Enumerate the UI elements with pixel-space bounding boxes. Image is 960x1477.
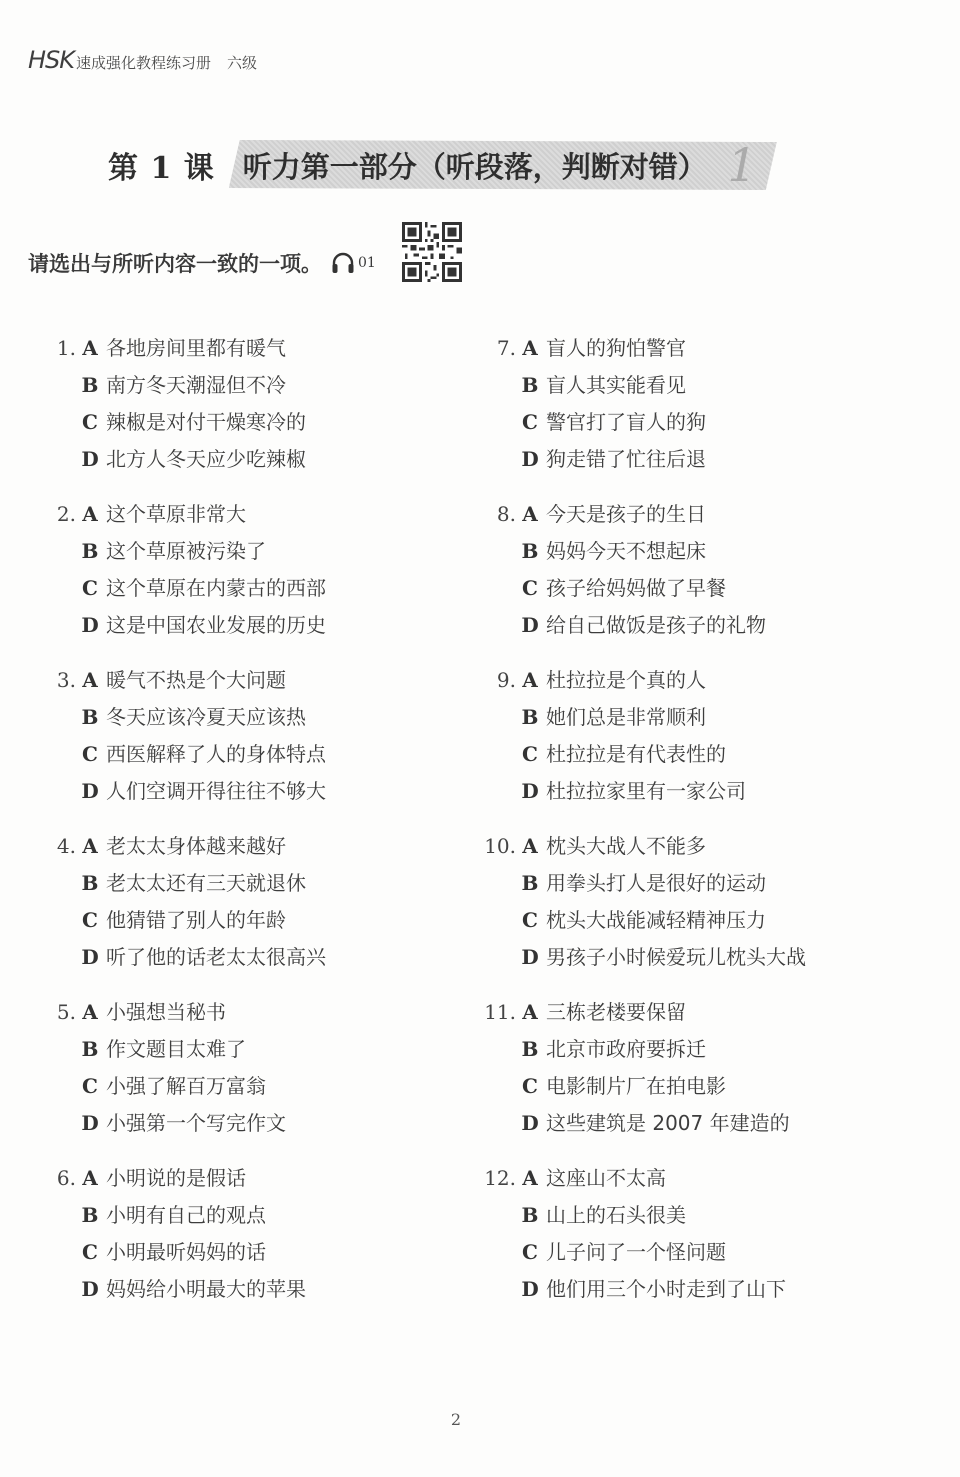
- instruction-row: 请选出与所听内容一致的一项。 01: [28, 222, 462, 282]
- option-letter: A: [76, 828, 104, 865]
- option-text: 他猜错了别人的年龄: [106, 902, 286, 939]
- option-text: 枕头大战人不能多: [546, 828, 706, 865]
- option-letter: D: [76, 939, 104, 976]
- option-text: 他们用三个小时走到了山下: [546, 1271, 786, 1308]
- answer-option[interactable]: C辣椒是对付干燥寒冷的: [40, 404, 326, 441]
- option-text: 孩子给妈妈做了早餐: [546, 570, 726, 607]
- answer-option[interactable]: B山上的石头很美: [470, 1197, 806, 1234]
- answer-option[interactable]: C电影制片厂在拍电影: [470, 1068, 806, 1105]
- answer-option[interactable]: C儿子问了一个怪问题: [470, 1234, 806, 1271]
- option-letter: B: [76, 865, 104, 902]
- answer-option[interactable]: C他猜错了别人的年龄: [40, 902, 326, 939]
- answer-option[interactable]: B妈妈今天不想起床: [470, 533, 806, 570]
- option-text: 山上的石头很美: [546, 1197, 686, 1234]
- option-text: 男孩子小时候爱玩儿枕头大战: [546, 939, 806, 976]
- question-5: 5.A小强想当秘书B作文题目太难了C小强了解百万富翁D小强第一个写完作文: [40, 994, 326, 1142]
- option-text: 妈妈给小明最大的苹果: [106, 1271, 306, 1308]
- option-letter: A: [516, 994, 544, 1031]
- questions-right-column: 7.A盲人的狗怕警官B盲人其实能看见C警官打了盲人的狗D狗走错了忙往后退8.A今…: [470, 330, 806, 1326]
- option-letter: B: [516, 1031, 544, 1068]
- question-number: 11.: [470, 994, 516, 1031]
- option-letter: B: [516, 1197, 544, 1234]
- answer-option[interactable]: B这个草原被污染了: [40, 533, 326, 570]
- option-text: 盲人的狗怕警官: [546, 330, 686, 367]
- option-text: 老太太还有三天就退休: [106, 865, 306, 902]
- option-letter: C: [76, 902, 104, 939]
- option-letter: A: [76, 994, 104, 1031]
- answer-option[interactable]: C孩子给妈妈做了早餐: [470, 570, 806, 607]
- option-letter: D: [516, 441, 544, 478]
- answer-option[interactable]: D妈妈给小明最大的苹果: [40, 1271, 326, 1308]
- option-text: 小明最听妈妈的话: [106, 1234, 266, 1271]
- option-letter: C: [516, 1234, 544, 1271]
- option-text: 这个草原被污染了: [106, 533, 266, 570]
- answer-option[interactable]: B南方冬天潮湿但不冷: [40, 367, 326, 404]
- option-letter: A: [516, 828, 544, 865]
- headphones-icon: [330, 250, 356, 276]
- option-letter: B: [516, 367, 544, 404]
- option-text: 警官打了盲人的狗: [546, 404, 706, 441]
- answer-option[interactable]: C小明最听妈妈的话: [40, 1234, 326, 1271]
- option-letter: C: [516, 736, 544, 773]
- question-number: 1.: [40, 330, 76, 367]
- section-numeral: 1: [728, 138, 757, 192]
- answer-option[interactable]: C这个草原在内蒙古的西部: [40, 570, 326, 607]
- question-number: 3.: [40, 662, 76, 699]
- option-text: 各地房间里都有暖气: [106, 330, 286, 367]
- book-title: 速成强化教程练习册: [76, 52, 211, 73]
- instruction-text: 请选出与所听内容一致的一项。: [28, 248, 322, 278]
- question-7: 7.A盲人的狗怕警官B盲人其实能看见C警官打了盲人的狗D狗走错了忙往后退: [470, 330, 806, 478]
- option-text: 杜拉拉家里有一家公司: [546, 773, 746, 810]
- option-letter: A: [516, 662, 544, 699]
- question-number: 4.: [40, 828, 76, 865]
- question-6: 6.A小明说的是假话B小明有自己的观点C小明最听妈妈的话D妈妈给小明最大的苹果: [40, 1160, 326, 1308]
- option-text: 听了他的话老太太很高兴: [106, 939, 326, 976]
- question-2: 2.A这个草原非常大B这个草原被污染了C这个草原在内蒙古的西部D这是中国农业发展…: [40, 496, 326, 644]
- answer-option[interactable]: D他们用三个小时走到了山下: [470, 1271, 806, 1308]
- question-number: 8.: [470, 496, 516, 533]
- question-number: 2.: [40, 496, 76, 533]
- option-text: 暖气不热是个大问题: [106, 662, 286, 699]
- answer-option[interactable]: B老太太还有三天就退休: [40, 865, 326, 902]
- option-text: 小强了解百万富翁: [106, 1068, 266, 1105]
- lesson-number: 第 1 课: [108, 143, 215, 187]
- question-number: 12.: [470, 1160, 516, 1197]
- option-text: 南方冬天潮湿但不冷: [106, 367, 286, 404]
- answer-option[interactable]: B北京市政府要拆迁: [470, 1031, 806, 1068]
- answer-option[interactable]: 3.A暖气不热是个大问题: [40, 662, 326, 699]
- option-letter: A: [76, 1160, 104, 1197]
- option-text: 她们总是非常顺利: [546, 699, 706, 736]
- option-text: 冬天应该冷夏天应该热: [106, 699, 306, 736]
- option-letter: D: [76, 773, 104, 810]
- option-text: 这是中国农业发展的历史: [106, 607, 326, 644]
- option-text: 这个草原非常大: [106, 496, 246, 533]
- answer-option[interactable]: D听了他的话老太太很高兴: [40, 939, 326, 976]
- question-number: 10.: [470, 828, 516, 865]
- answer-option[interactable]: B小明有自己的观点: [40, 1197, 326, 1234]
- option-text: 这些建筑是 2007 年建造的: [546, 1105, 790, 1142]
- option-letter: A: [516, 496, 544, 533]
- option-text: 枕头大战能减轻精神压力: [546, 902, 766, 939]
- answer-option[interactable]: 9.A杜拉拉是个真的人: [470, 662, 806, 699]
- option-letter: D: [516, 1271, 544, 1308]
- qr-code-icon[interactable]: [402, 222, 462, 282]
- option-letter: C: [76, 1068, 104, 1105]
- answer-option[interactable]: D这是中国农业发展的历史: [40, 607, 326, 644]
- answer-option[interactable]: C杜拉拉是有代表性的: [470, 736, 806, 773]
- question-1: 1.A各地房间里都有暖气B南方冬天潮湿但不冷C辣椒是对付干燥寒冷的D北方人冬天应…: [40, 330, 326, 478]
- answer-option[interactable]: B作文题目太难了: [40, 1031, 326, 1068]
- option-text: 盲人其实能看见: [546, 367, 686, 404]
- level-label: 六级: [227, 52, 257, 73]
- lesson-title: 听力第一部分（听段落，判断对错）: [243, 145, 707, 186]
- question-number: 5.: [40, 994, 76, 1031]
- answer-option[interactable]: D北方人冬天应少吃辣椒: [40, 441, 326, 478]
- answer-option[interactable]: B盲人其实能看见: [470, 367, 806, 404]
- option-text: 小强想当秘书: [106, 994, 226, 1031]
- question-11: 11.A三栋老楼要保留B北京市政府要拆迁C电影制片厂在拍电影D这些建筑是 200…: [470, 994, 806, 1142]
- answer-option[interactable]: 8.A今天是孩子的生日: [470, 496, 806, 533]
- answer-option[interactable]: D杜拉拉家里有一家公司: [470, 773, 806, 810]
- option-letter: C: [76, 1234, 104, 1271]
- option-letter: B: [76, 1197, 104, 1234]
- option-letter: D: [76, 607, 104, 644]
- option-letter: A: [76, 496, 104, 533]
- answer-option[interactable]: 7.A盲人的狗怕警官: [470, 330, 806, 367]
- questions-left-column: 1.A各地房间里都有暖气B南方冬天潮湿但不冷C辣椒是对付干燥寒冷的D北方人冬天应…: [40, 330, 326, 1326]
- answer-option[interactable]: C小强了解百万富翁: [40, 1068, 326, 1105]
- answer-option[interactable]: D这些建筑是 2007 年建造的: [470, 1105, 806, 1142]
- option-letter: C: [516, 902, 544, 939]
- option-text: 小强第一个写完作文: [106, 1105, 286, 1142]
- audio-track[interactable]: 01: [330, 250, 376, 276]
- question-3: 3.A暖气不热是个大问题B冬天应该冷夏天应该热C西医解释了人的身体特点D人们空调…: [40, 662, 326, 810]
- hsk-logo: HSK: [28, 46, 74, 74]
- option-letter: D: [76, 441, 104, 478]
- option-letter: D: [516, 773, 544, 810]
- option-letter: C: [76, 736, 104, 773]
- option-text: 这座山不太高: [546, 1160, 666, 1197]
- option-letter: B: [76, 699, 104, 736]
- option-letter: D: [516, 607, 544, 644]
- option-letter: B: [516, 865, 544, 902]
- option-text: 妈妈今天不想起床: [546, 533, 706, 570]
- answer-option[interactable]: 1.A各地房间里都有暖气: [40, 330, 326, 367]
- option-text: 狗走错了忙往后退: [546, 441, 706, 478]
- answer-option[interactable]: 10.A枕头大战人不能多: [470, 828, 806, 865]
- option-letter: D: [516, 1105, 544, 1142]
- option-text: 电影制片厂在拍电影: [546, 1068, 726, 1105]
- answer-option[interactable]: 6.A小明说的是假话: [40, 1160, 326, 1197]
- lesson-title-row: 第 1 课 听力第一部分（听段落，判断对错） 1: [108, 140, 777, 190]
- option-letter: A: [76, 330, 104, 367]
- answer-option[interactable]: B冬天应该冷夏天应该热: [40, 699, 326, 736]
- option-text: 给自己做饭是孩子的礼物: [546, 607, 766, 644]
- question-10: 10.A枕头大战人不能多B用拳头打人是很好的运动C枕头大战能减轻精神压力D男孩子…: [470, 828, 806, 976]
- question-number: 6.: [40, 1160, 76, 1197]
- option-text: 北方人冬天应少吃辣椒: [106, 441, 306, 478]
- option-letter: D: [76, 1105, 104, 1142]
- answer-option[interactable]: D小强第一个写完作文: [40, 1105, 326, 1142]
- answer-option[interactable]: D男孩子小时候爱玩儿枕头大战: [470, 939, 806, 976]
- answer-option[interactable]: 2.A这个草原非常大: [40, 496, 326, 533]
- option-letter: A: [76, 662, 104, 699]
- option-letter: C: [516, 1068, 544, 1105]
- option-text: 杜拉拉是个真的人: [546, 662, 706, 699]
- option-text: 儿子问了一个怪问题: [546, 1234, 726, 1271]
- lesson-title-band: 听力第一部分（听段落，判断对错） 1: [229, 140, 777, 190]
- answer-option[interactable]: D给自己做饭是孩子的礼物: [470, 607, 806, 644]
- answer-option[interactable]: B她们总是非常顺利: [470, 699, 806, 736]
- question-9: 9.A杜拉拉是个真的人B她们总是非常顺利C杜拉拉是有代表性的D杜拉拉家里有一家公…: [470, 662, 806, 810]
- option-letter: C: [516, 404, 544, 441]
- answer-option[interactable]: C枕头大战能减轻精神压力: [470, 902, 806, 939]
- option-text: 北京市政府要拆迁: [546, 1031, 706, 1068]
- running-head: HSK 速成强化教程练习册 六级: [28, 46, 257, 74]
- audio-track-number: 01: [358, 255, 376, 271]
- answer-option[interactable]: 5.A小强想当秘书: [40, 994, 326, 1031]
- option-letter: B: [516, 533, 544, 570]
- option-letter: A: [516, 330, 544, 367]
- question-8: 8.A今天是孩子的生日B妈妈今天不想起床C孩子给妈妈做了早餐D给自己做饭是孩子的…: [470, 496, 806, 644]
- option-text: 这个草原在内蒙古的西部: [106, 570, 326, 607]
- option-letter: C: [76, 404, 104, 441]
- option-letter: B: [516, 699, 544, 736]
- option-text: 小明有自己的观点: [106, 1197, 266, 1234]
- option-text: 三栋老楼要保留: [546, 994, 686, 1031]
- question-4: 4.A老太太身体越来越好B老太太还有三天就退休C他猜错了别人的年龄D听了他的话老…: [40, 828, 326, 976]
- answer-option[interactable]: D人们空调开得往往不够大: [40, 773, 326, 810]
- question-number: 9.: [470, 662, 516, 699]
- answer-option[interactable]: C警官打了盲人的狗: [470, 404, 806, 441]
- option-text: 今天是孩子的生日: [546, 496, 706, 533]
- option-text: 老太太身体越来越好: [106, 828, 286, 865]
- option-letter: B: [76, 1031, 104, 1068]
- option-letter: B: [76, 533, 104, 570]
- answer-option[interactable]: 11.A三栋老楼要保留: [470, 994, 806, 1031]
- question-12: 12.A这座山不太高B山上的石头很美C儿子问了一个怪问题D他们用三个小时走到了山…: [470, 1160, 806, 1308]
- answer-option[interactable]: 4.A老太太身体越来越好: [40, 828, 326, 865]
- option-letter: D: [516, 939, 544, 976]
- page-number: 2: [0, 1410, 912, 1429]
- option-text: 作文题目太难了: [106, 1031, 246, 1068]
- question-number: 7.: [470, 330, 516, 367]
- option-text: 辣椒是对付干燥寒冷的: [106, 404, 306, 441]
- option-text: 西医解释了人的身体特点: [106, 736, 326, 773]
- option-text: 人们空调开得往往不够大: [106, 773, 326, 810]
- answer-option[interactable]: B用拳头打人是很好的运动: [470, 865, 806, 902]
- option-text: 小明说的是假话: [106, 1160, 246, 1197]
- option-letter: B: [76, 367, 104, 404]
- answer-option[interactable]: 12.A这座山不太高: [470, 1160, 806, 1197]
- option-letter: C: [76, 570, 104, 607]
- option-text: 用拳头打人是很好的运动: [546, 865, 766, 902]
- option-letter: C: [516, 570, 544, 607]
- option-letter: D: [76, 1271, 104, 1308]
- answer-option[interactable]: D狗走错了忙往后退: [470, 441, 806, 478]
- option-letter: A: [516, 1160, 544, 1197]
- option-text: 杜拉拉是有代表性的: [546, 736, 726, 773]
- answer-option[interactable]: C西医解释了人的身体特点: [40, 736, 326, 773]
